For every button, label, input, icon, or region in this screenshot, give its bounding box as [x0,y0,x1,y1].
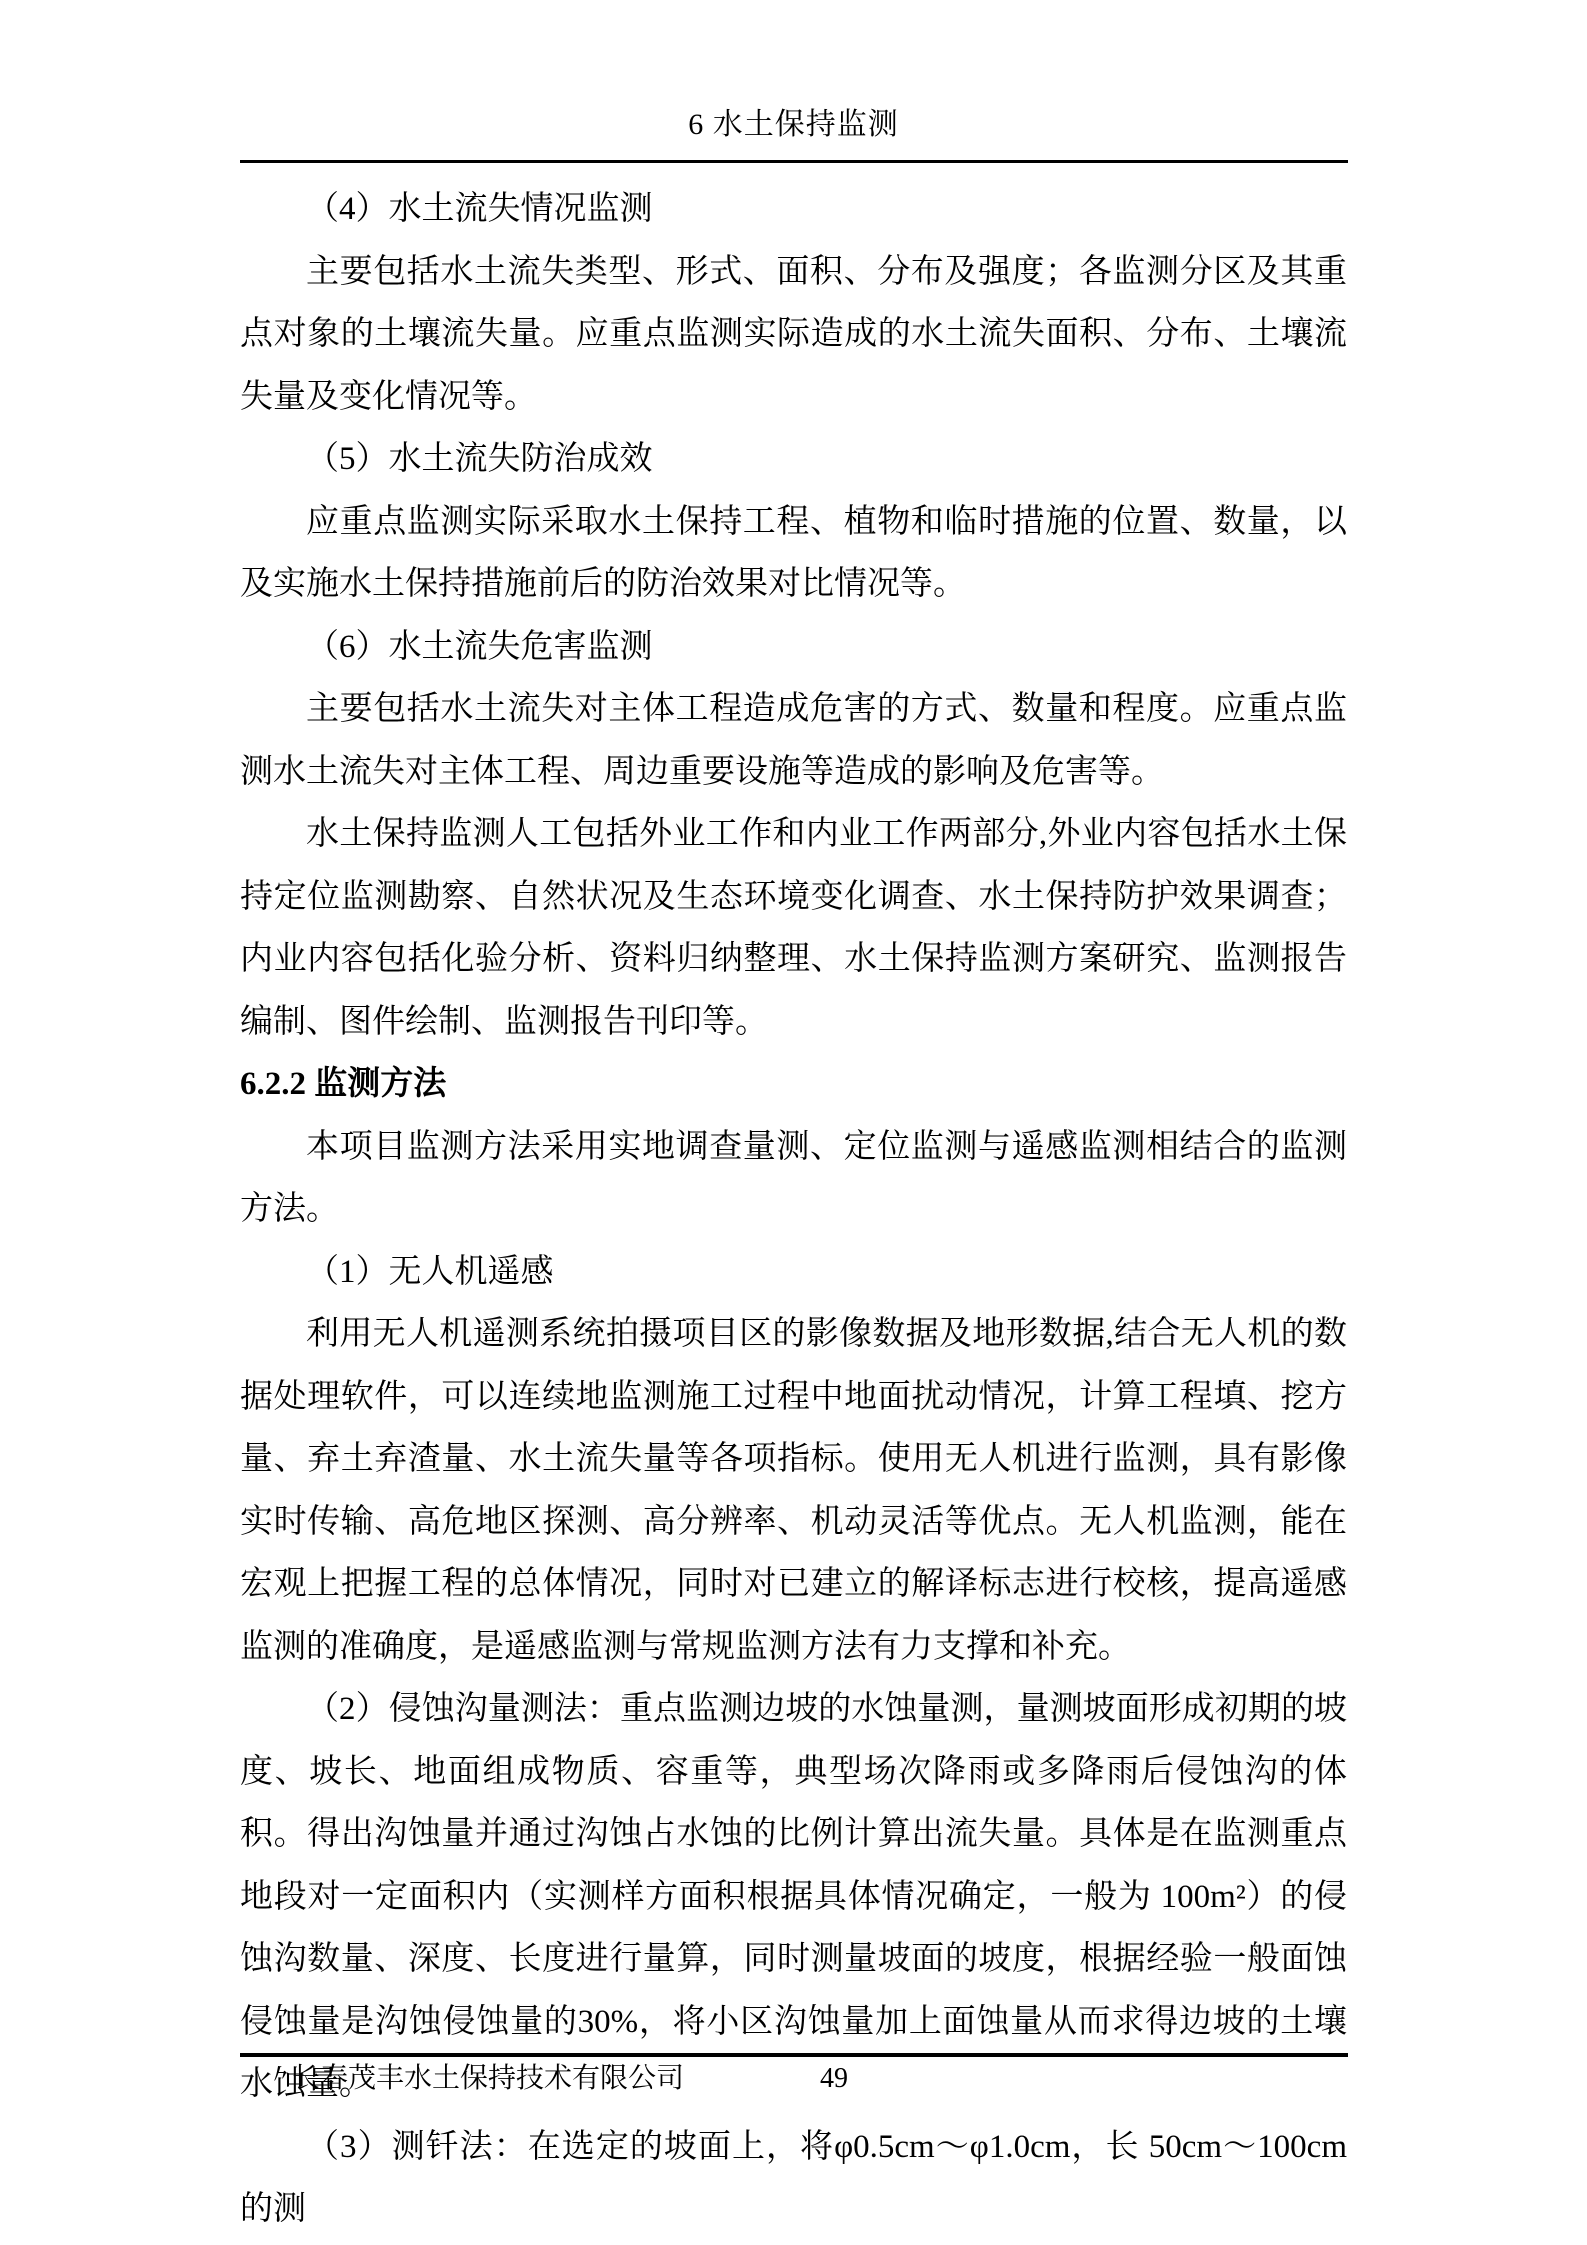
paragraph: （3）测钎法：在选定的坡面上，将φ0.5cm～φ1.0cm，长 50cm～100… [240,2116,1347,2241]
paragraph: （2）侵蚀沟量测法：重点监测边坡的水蚀量测，量测坡面形成初期的坡度、坡长、地面组… [240,1678,1347,2116]
paragraph: 水土保持监测人工包括外业工作和内业工作两部分,外业内容包括水土保持定位监测勘察、… [240,803,1347,1053]
footer-company-name: 长春茂丰水土保持技术有限公司 [292,2062,684,2096]
paragraph: 本项目监测方法采用实地调查量测、定位监测与遥感监测相结合的监测方法。 [240,1116,1347,1241]
page-header-title: 6 水土保持监测 [0,106,1587,144]
subsection-heading-5: （5）水土流失防治成效 [240,428,1347,491]
paragraph: 应重点监测实际采取水土保持工程、植物和临时措施的位置、数量，以及实施水土保持措施… [240,491,1347,616]
document-page: 6 水土保持监测 （4）水土流失情况监测 主要包括水土流失类型、形式、面积、分布… [0,0,1587,2245]
document-body: （4）水土流失情况监测 主要包括水土流失类型、形式、面积、分布及强度；各监测分区… [240,178,1347,2241]
paragraph: 利用无人机遥测系统拍摄项目区的影像数据及地形数据,结合无人机的数据处理软件，可以… [240,1303,1347,1678]
header-divider-rule [240,160,1348,163]
footer-page-number: 49 [820,2062,848,2096]
paragraph: 主要包括水土流失类型、形式、面积、分布及强度；各监测分区及其重点对象的土壤流失量… [240,241,1347,429]
subsection-heading-6: （6）水土流失危害监测 [240,616,1347,679]
footer-divider-rule [240,2053,1348,2057]
subsection-heading-4: （4）水土流失情况监测 [240,178,1347,241]
subsection-heading-1: （1）无人机遥感 [240,1241,1347,1304]
paragraph: 主要包括水土流失对主体工程造成危害的方式、数量和程度。应重点监测水土流失对主体工… [240,678,1347,803]
section-heading-6-2-2: 6.2.2 监测方法 [240,1053,1347,1116]
